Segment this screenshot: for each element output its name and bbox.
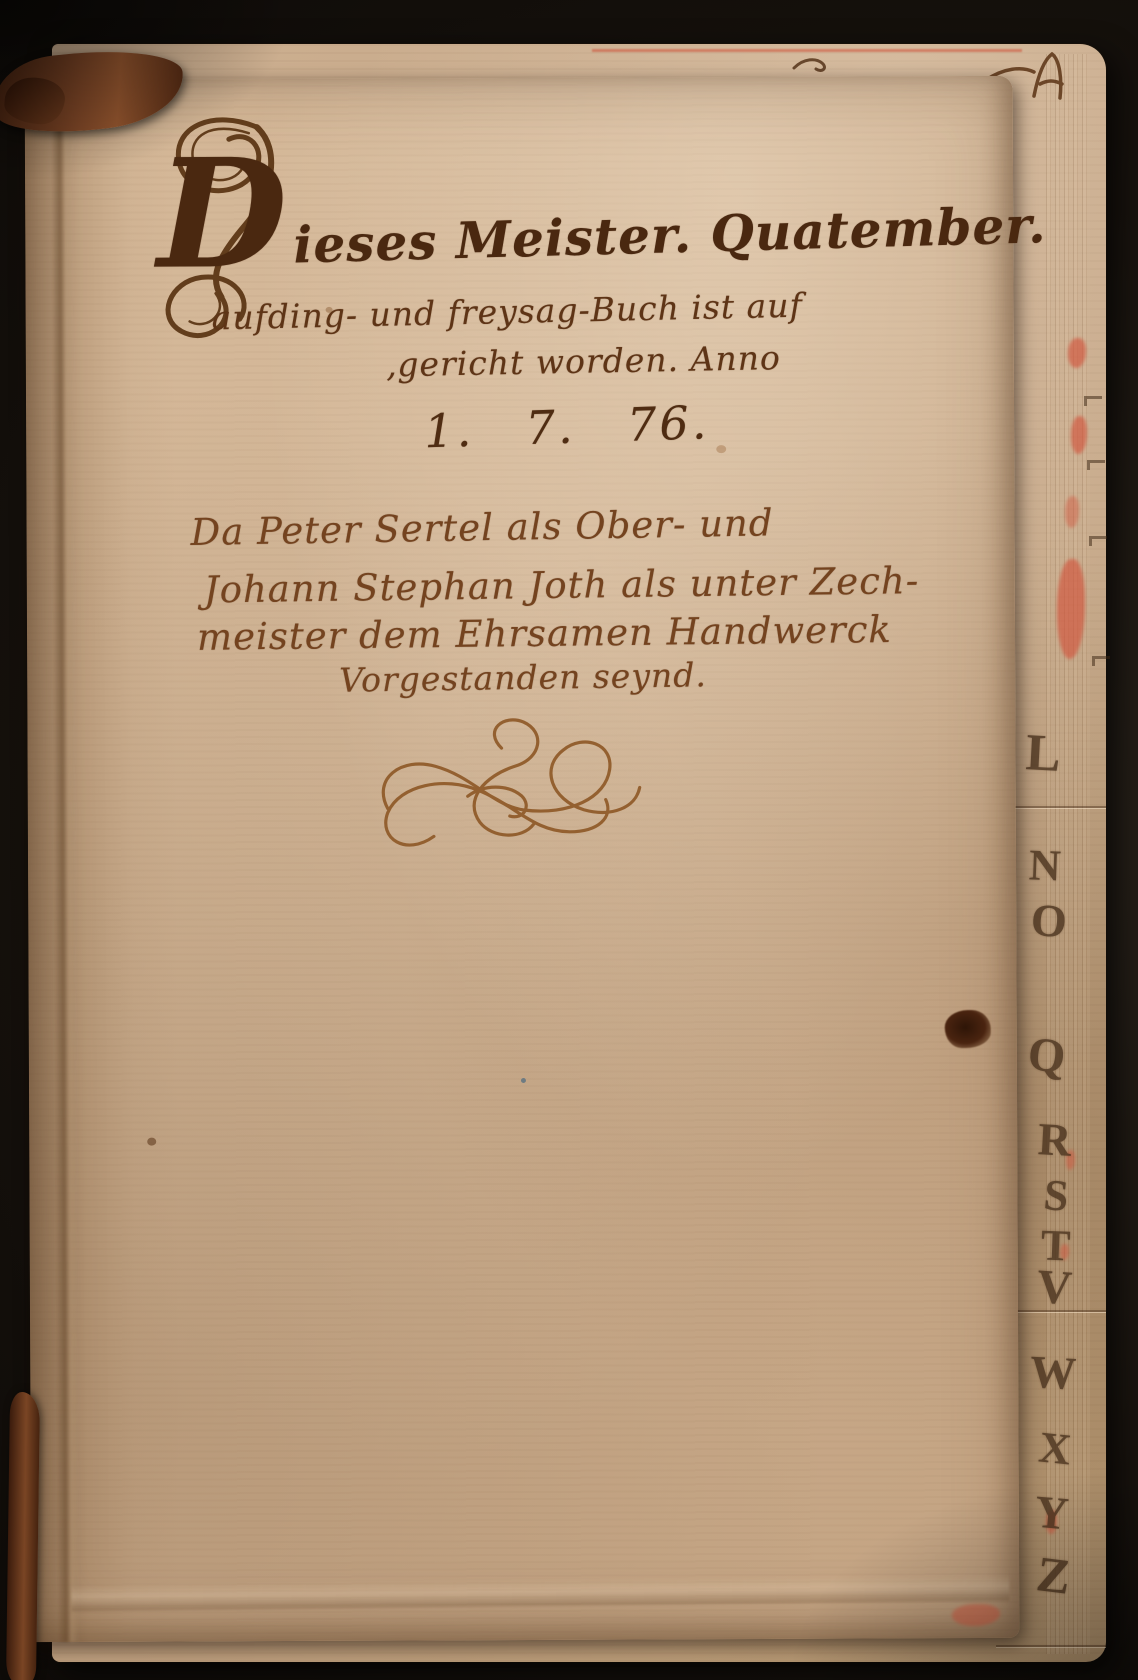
register-tab-letter: W	[1029, 1345, 1078, 1400]
title-line: ieses Meister. Quatember.	[293, 195, 1047, 274]
register-tab-letter: N	[1028, 839, 1062, 891]
hidden-tab-letter-tip	[1087, 460, 1105, 470]
register-tab-letter: S	[1042, 1169, 1071, 1222]
hidden-tab-letter-tip	[1092, 656, 1110, 666]
small-speck	[521, 1078, 526, 1083]
register-tab-letter: Q	[1025, 1026, 1068, 1085]
body-line-3: meister dem Ehrsamen Handwerck	[197, 608, 892, 659]
manuscript-title-page: D ieses Meister. Quatember. aufding- und…	[25, 76, 1020, 1642]
hidden-tab-letter-tip	[1084, 396, 1102, 406]
body-line-2: Johann Stephan Joth als unter Zech-	[204, 559, 920, 611]
year-line: 1. 7. 76.	[423, 395, 710, 458]
tab-step-cut	[996, 1645, 1106, 1648]
tab-step-cut	[1006, 806, 1106, 809]
leather-nub	[3, 76, 66, 126]
register-tab-letter: R	[1037, 1112, 1073, 1167]
register-tab-letter: X	[1036, 1421, 1073, 1475]
small-speck	[716, 445, 726, 453]
register-tab-letter: V	[1035, 1259, 1073, 1316]
title-initial-letter: D	[157, 139, 288, 290]
ink-squiggle	[790, 50, 846, 76]
small-speck	[147, 1138, 156, 1146]
calligraphic-knot-flourish	[371, 711, 652, 867]
register-tab-letter: Y	[1033, 1485, 1071, 1541]
hidden-tab-letter-tip	[1089, 536, 1107, 546]
manuscript-photo: L N O Q R S T V W X Y Z D	[0, 0, 1138, 1680]
body-line-4: Vorgestanden seynd.	[339, 655, 707, 699]
register-tab-letter: Z	[1034, 1544, 1074, 1606]
subtitle-line-2: ‚gericht worden. Anno	[386, 338, 782, 384]
bottom-fold-crease	[71, 1575, 1009, 1612]
body-line-1: Da Peter Sertel als Ober- und	[190, 501, 774, 554]
leather-spine-remnant-bottom	[6, 1392, 40, 1680]
register-tab-letter: O	[1029, 893, 1068, 948]
ink-blot-stain	[945, 1010, 991, 1048]
small-speck	[326, 307, 333, 313]
register-tab-letter: L	[1024, 723, 1062, 784]
